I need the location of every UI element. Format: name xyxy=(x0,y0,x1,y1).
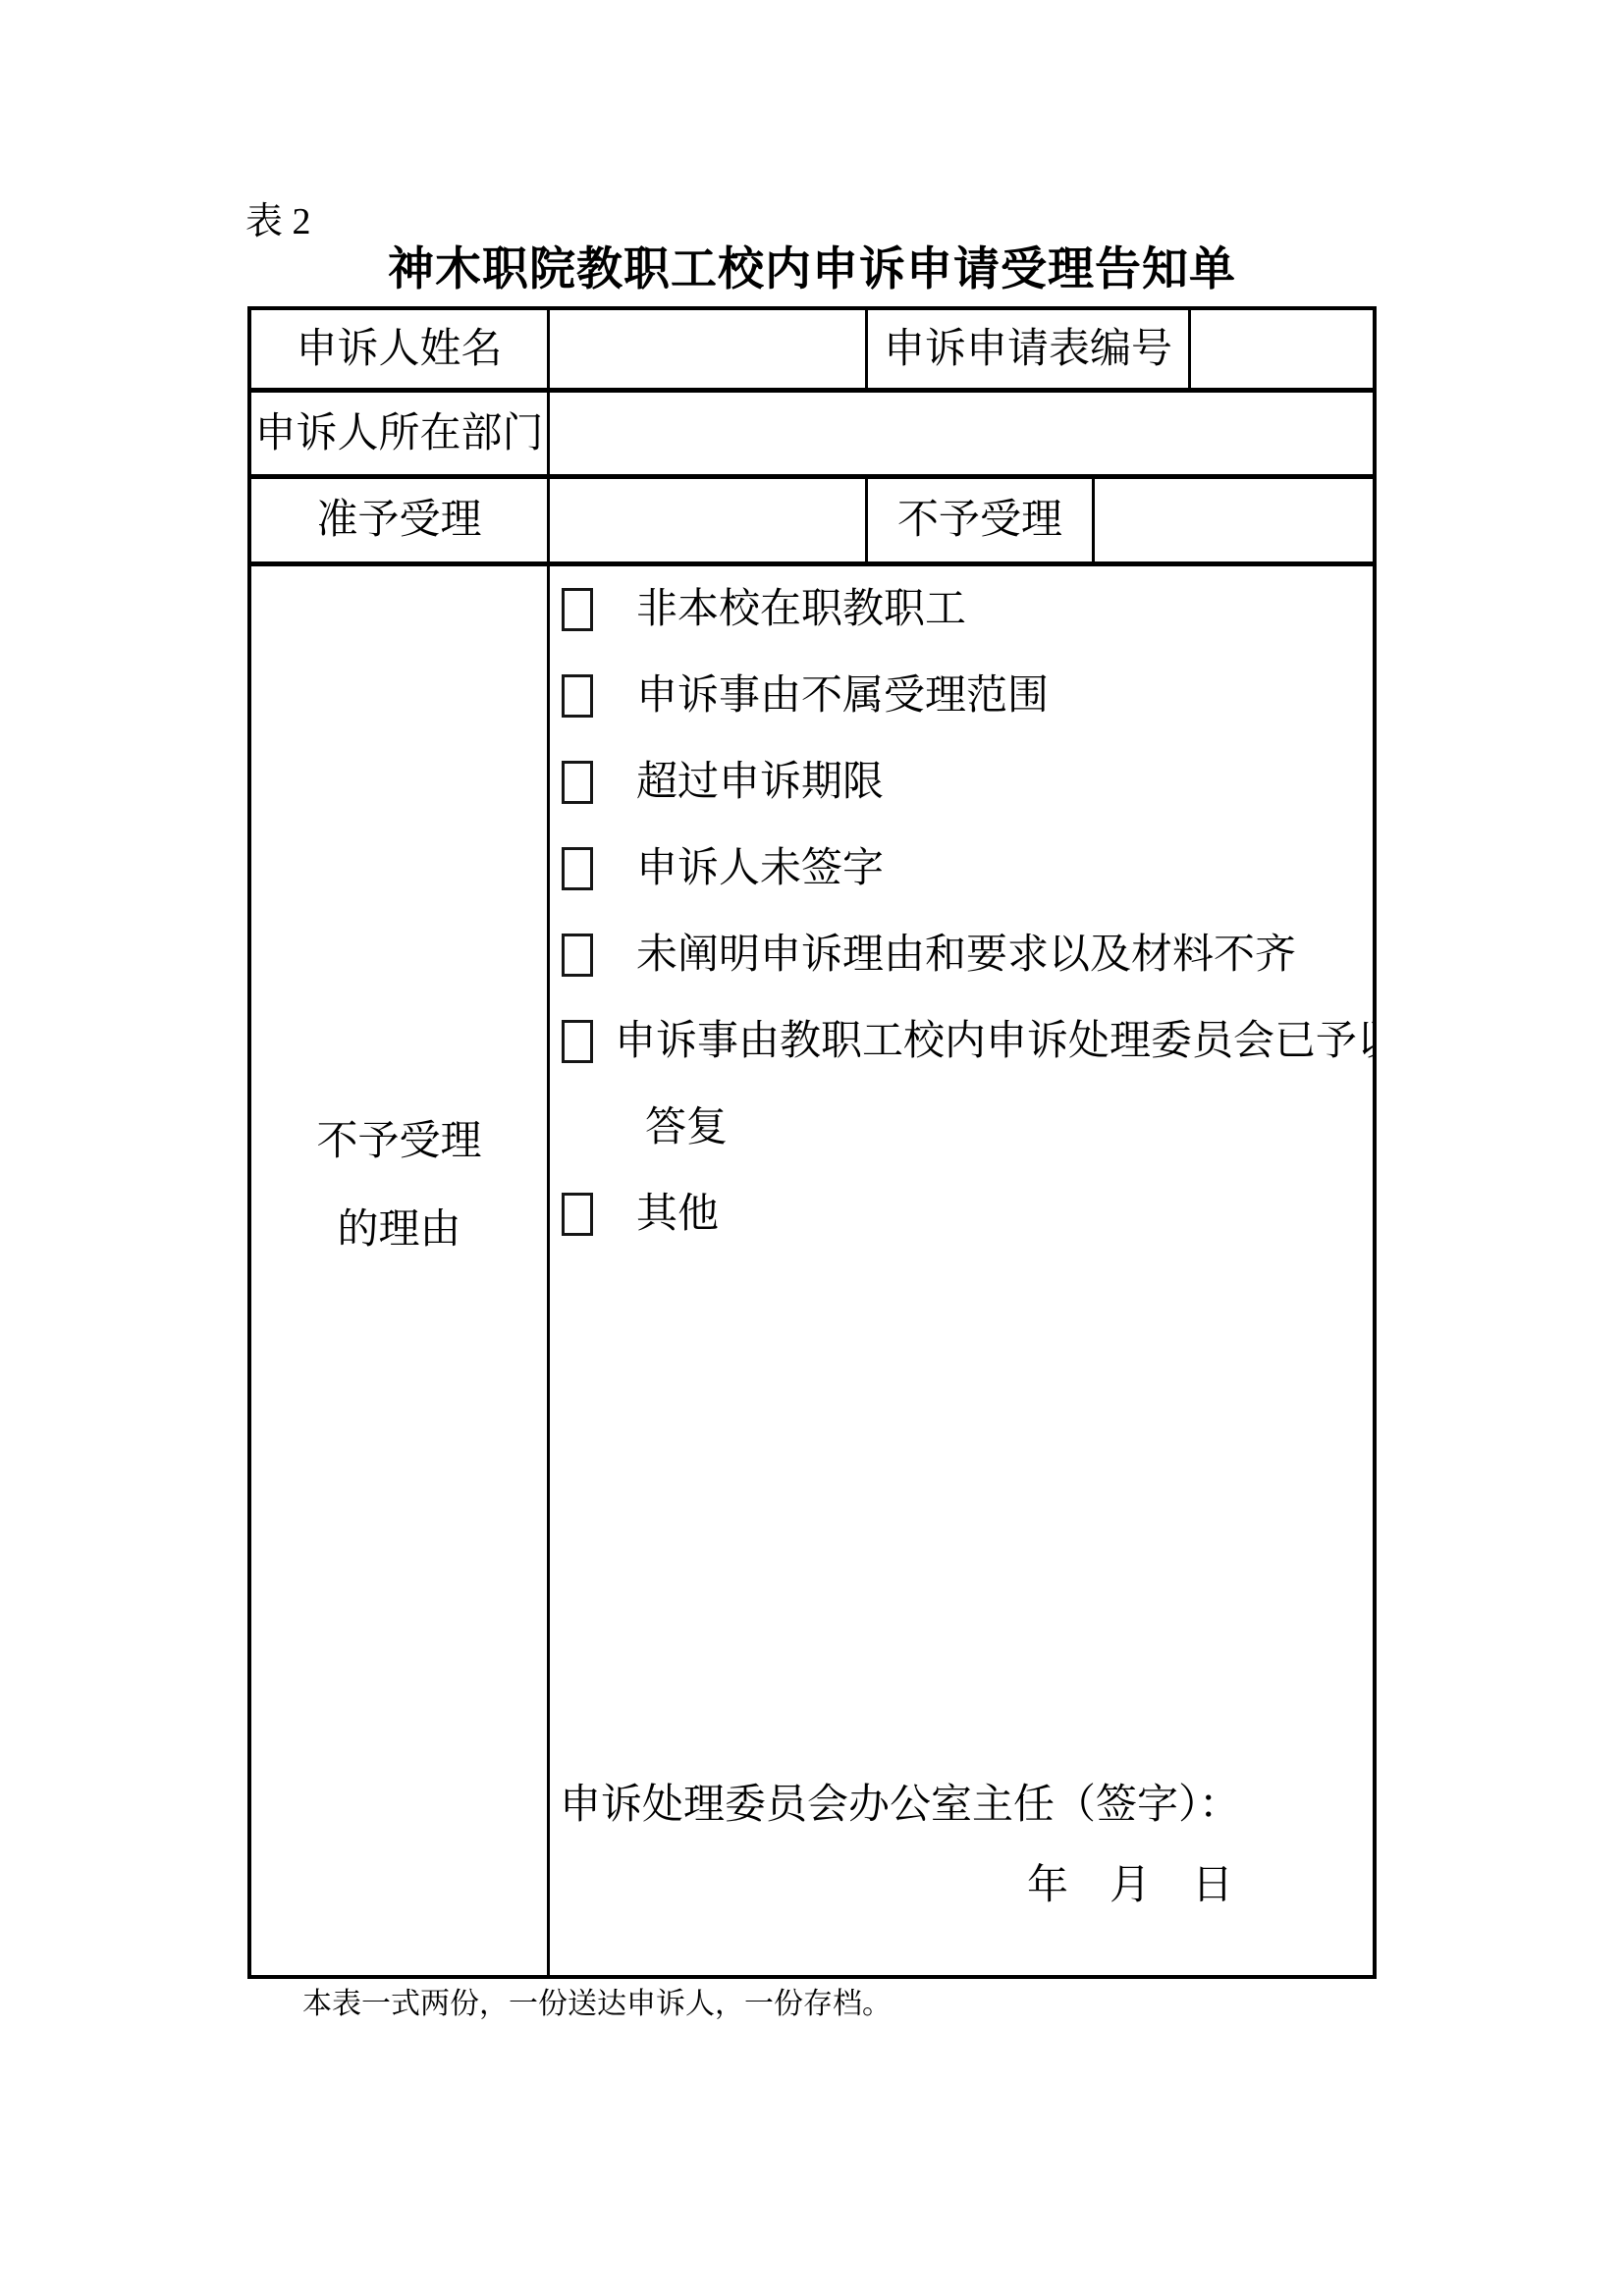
reason-item-6-continued: 答复 xyxy=(550,1085,1373,1171)
reject-reason-label-line1: 不予受理 xyxy=(316,1119,481,1164)
reason-item-6: 申诉事由教职工校内申诉处理委员会已予以 xyxy=(550,998,1373,1085)
checkbox-icon[interactable] xyxy=(562,1020,593,1063)
appellant-name-label: 申诉人姓名 xyxy=(251,310,550,388)
table-row-reject-reasons: 不予受理 的理由 非本校在职教职工 申诉事由不属受理范围 超过申诉期限 xyxy=(251,566,1373,1975)
reason-text: 未阐明申诉理由和要求以及材料不齐 xyxy=(636,932,1296,979)
date-line: 年 月 日 xyxy=(1027,1862,1233,1909)
application-number-label: 申诉申请表编号 xyxy=(868,310,1191,388)
accept-value-cell[interactable] xyxy=(550,479,868,561)
page-title: 神木职院教职工校内申诉申请受理告知单 xyxy=(247,243,1377,296)
reason-item-5: 未阐明申诉理由和要求以及材料不齐 xyxy=(550,912,1373,998)
reject-reason-body: 非本校在职教职工 申诉事由不属受理范围 超过申诉期限 申诉人未签字 未阐明申诉理… xyxy=(550,566,1373,1975)
department-label: 申诉人所在部门 xyxy=(251,393,550,474)
checkbox-icon[interactable] xyxy=(562,934,593,977)
reject-label: 不予受理 xyxy=(868,479,1095,561)
table-row-department: 申诉人所在部门 xyxy=(251,393,1373,479)
reason-text: 非本校在职教职工 xyxy=(636,586,966,633)
checkbox-icon[interactable] xyxy=(562,761,593,804)
reason-text: 申诉人未签字 xyxy=(636,845,884,892)
reason-text: 答复 xyxy=(645,1104,728,1151)
checkbox-icon[interactable] xyxy=(562,1193,593,1236)
reject-reason-label-line2: 的理由 xyxy=(337,1207,460,1253)
department-value-cell[interactable] xyxy=(550,393,1373,474)
footer-note: 本表一式两份，一份送达申诉人，一份存档。 xyxy=(302,1987,892,2022)
reason-item-3: 超过申诉期限 xyxy=(550,739,1373,826)
reason-item-other: 其他 xyxy=(550,1171,1373,1257)
reason-text: 申诉事由不属受理范围 xyxy=(636,672,1049,720)
reason-text: 其他 xyxy=(636,1191,719,1238)
reject-reason-label: 不予受理 的理由 xyxy=(251,566,550,1975)
accept-label: 准予受理 xyxy=(251,479,550,561)
reason-item-2: 申诉事由不属受理范围 xyxy=(550,653,1373,739)
application-number-value-cell[interactable] xyxy=(1191,310,1373,388)
appellant-name-value-cell[interactable] xyxy=(550,310,868,388)
form-number-label: 表 2 xyxy=(245,199,311,244)
reject-value-cell[interactable] xyxy=(1095,479,1373,561)
reason-text: 超过申诉期限 xyxy=(636,759,884,806)
reason-item-4: 申诉人未签字 xyxy=(550,826,1373,912)
reason-item-1: 非本校在职教职工 xyxy=(550,566,1373,653)
checkbox-icon[interactable] xyxy=(562,847,593,890)
document-page: 表 2 神木职院教职工校内申诉申请受理告知单 申诉人姓名 申诉申请表编号 申诉人… xyxy=(0,0,1624,2296)
signature-label: 申诉处理委员会办公室主任（签字）： xyxy=(560,1782,1240,1829)
checkbox-icon[interactable] xyxy=(562,674,593,718)
reason-text: 申诉事由教职工校内申诉处理委员会已予以 xyxy=(615,1018,1373,1065)
checkbox-icon[interactable] xyxy=(562,588,593,631)
table-row-name-number: 申诉人姓名 申诉申请表编号 xyxy=(251,310,1373,393)
notice-table: 申诉人姓名 申诉申请表编号 申诉人所在部门 准予受理 不予受理 不予受理 的理由 xyxy=(247,306,1377,1979)
table-row-accept-reject: 准予受理 不予受理 xyxy=(251,479,1373,566)
